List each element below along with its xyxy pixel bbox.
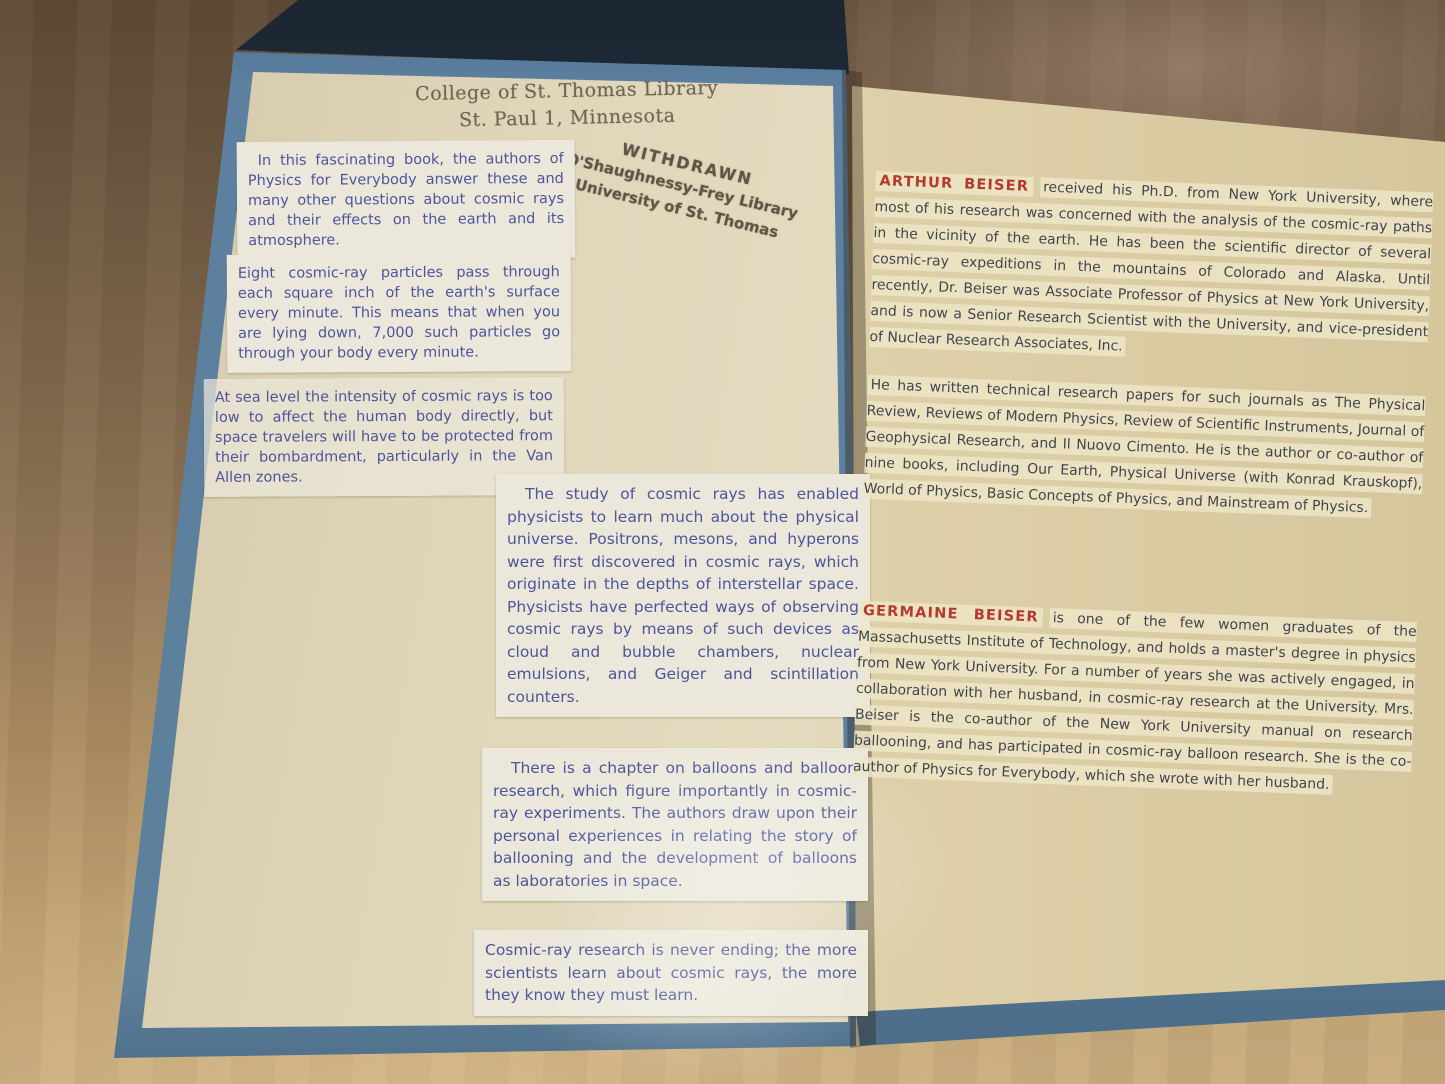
arthur-beiser-bio-text-2: He has written technical research papers… xyxy=(863,375,1425,518)
photo-of-open-book: College of St. Thomas Library St. Paul 1… xyxy=(0,0,1445,1084)
arthur-beiser-paragraph-1: ARTHUR BEISERreceived his Ph.D. from New… xyxy=(869,168,1434,371)
blurb-slip-2: Eight cosmic-ray particles pass through … xyxy=(227,253,572,373)
blurb-paragraph: Eight cosmic-ray particles pass through … xyxy=(238,262,561,364)
blurb-paragraph: Cosmic-ray research is never ending; the… xyxy=(485,939,857,1007)
arthur-beiser-bio-text-1: received his Ph.D. from New York Univers… xyxy=(869,177,1433,356)
blurb-paragraph: The study of cosmic rays has enabled phy… xyxy=(507,483,859,708)
blurb-paragraph: There is a chapter on balloons and ballo… xyxy=(493,757,857,892)
blurb-slip-6: Cosmic-ray research is never ending; the… xyxy=(474,930,868,1016)
blurb-paragraph: In this fascinating book, the authors of… xyxy=(248,149,565,251)
germaine-beiser-paragraph: GERMAINE BEISERis one of the few women g… xyxy=(853,598,1418,801)
author-name-arthur-beiser: ARTHUR BEISER xyxy=(875,171,1033,197)
blurb-slip-5: There is a chapter on balloons and ballo… xyxy=(482,748,868,901)
blurb-slip-4: The study of cosmic rays has enabled phy… xyxy=(496,474,870,717)
author-name-germaine-beiser: GERMAINE BEISER xyxy=(859,601,1044,628)
germaine-beiser-bio-text: is one of the few women graduates of the… xyxy=(853,608,1417,795)
arthur-beiser-paragraph-2: He has written technical research papers… xyxy=(863,372,1426,523)
blurb-paragraph: At sea level the intensity of cosmic ray… xyxy=(215,386,554,488)
author-bios-block: ARTHUR BEISERreceived his Ph.D. from New… xyxy=(853,168,1434,801)
blurb-slip-1: In this fascinating book, the authors of… xyxy=(237,140,576,260)
